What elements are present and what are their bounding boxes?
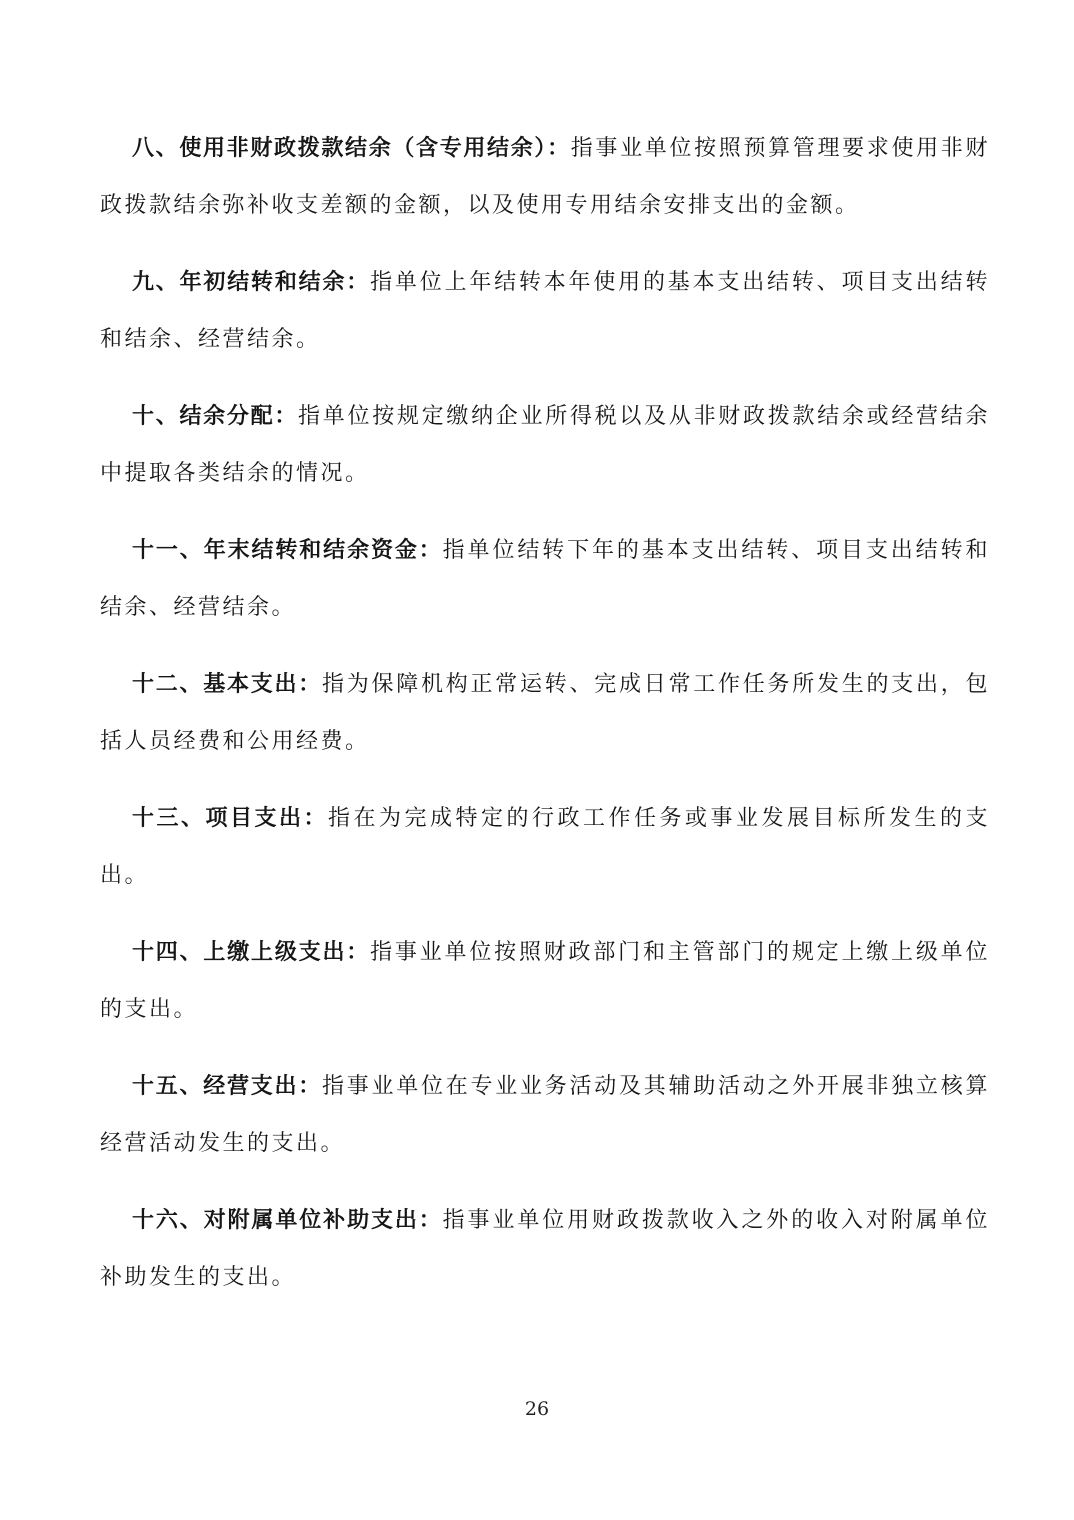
term-label: 九、年初结转和结余： <box>132 270 370 295</box>
definition-paragraph: 十四、上缴上级支出：指事业单位按照财政部门和主管部门的规定上缴上级单位的支出。 <box>100 924 990 1038</box>
term-label: 十六、对附属单位补助支出： <box>132 1208 443 1233</box>
definition-paragraph: 十二、基本支出：指为保障机构正常运转、完成日常工作任务所发生的支出，包括人员经费… <box>100 656 990 770</box>
term-label: 十四、上缴上级支出： <box>132 940 370 965</box>
definition-paragraph: 十六、对附属单位补助支出：指事业单位用财政拨款收入之外的收入对附属单位补助发生的… <box>100 1192 990 1306</box>
term-label: 十一、年末结转和结余资金： <box>132 538 443 563</box>
page-footer: 26 <box>0 1398 1074 1420</box>
definition-paragraph: 九、年初结转和结余：指单位上年结转本年使用的基本支出结转、项目支出结转和结余、经… <box>100 254 990 368</box>
page-number: 26 <box>525 1398 549 1420</box>
definition-paragraph: 八、使用非财政拨款结余（含专用结余）：指事业单位按照预算管理要求使用非财政拨款结… <box>100 120 990 234</box>
definition-paragraph: 十五、经营支出：指事业单位在专业业务活动及其辅助活动之外开展非独立核算经营活动发… <box>100 1058 990 1172</box>
term-label: 十、结余分配： <box>132 404 298 429</box>
definition-paragraph: 十一、年末结转和结余资金：指单位结转下年的基本支出结转、项目支出结转和结余、经营… <box>100 522 990 636</box>
term-label: 八、使用非财政拨款结余（含专用结余）： <box>132 136 571 161</box>
definitions-list: 八、使用非财政拨款结余（含专用结余）：指事业单位按照预算管理要求使用非财政拨款结… <box>100 120 990 1326</box>
definition-paragraph: 十三、项目支出：指在为完成特定的行政工作任务或事业发展目标所发生的支出。 <box>100 790 990 904</box>
term-label: 十三、项目支出： <box>132 806 328 831</box>
term-label: 十五、经营支出： <box>132 1074 322 1099</box>
term-label: 十二、基本支出： <box>132 672 322 697</box>
document-page: 八、使用非财政拨款结余（含专用结余）：指事业单位按照预算管理要求使用非财政拨款结… <box>0 0 1074 1520</box>
definition-paragraph: 十、结余分配：指单位按规定缴纳企业所得税以及从非财政拨款结余或经营结余中提取各类… <box>100 388 990 502</box>
